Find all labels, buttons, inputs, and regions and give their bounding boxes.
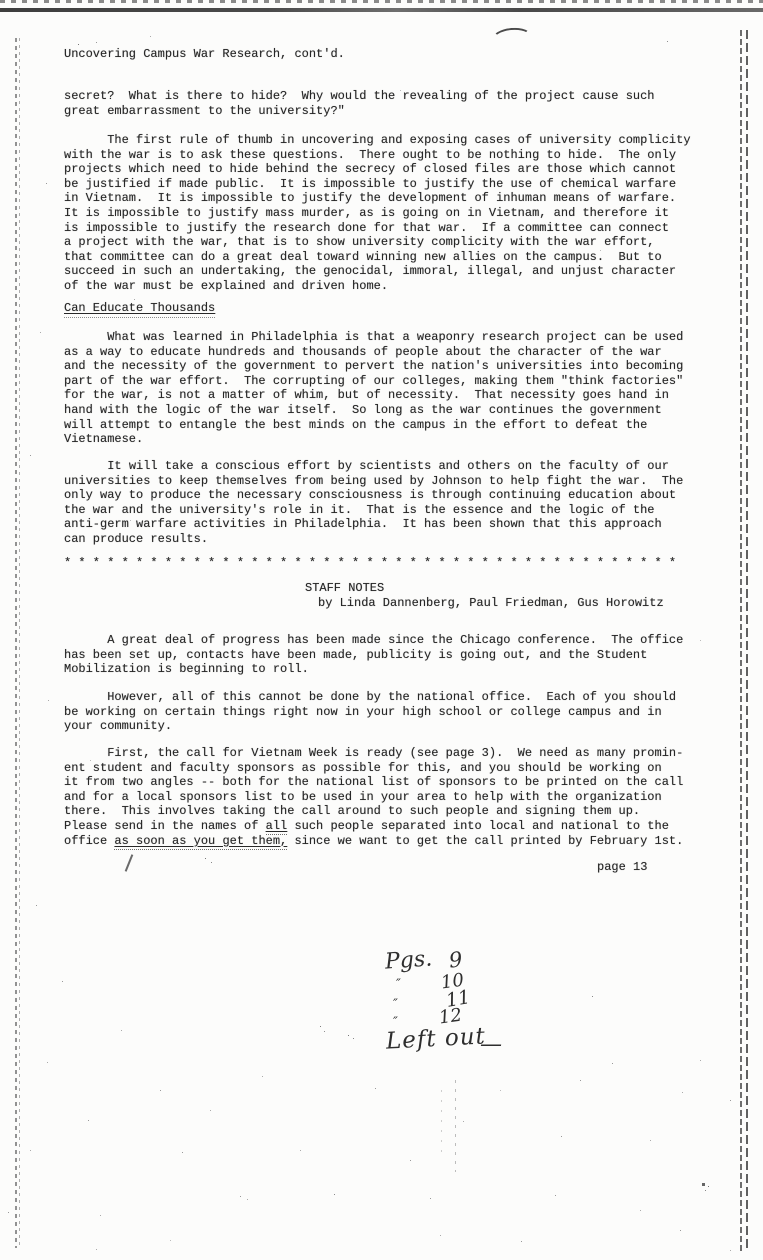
staff-notes-title: STAFF NOTES — [305, 581, 505, 596]
paragraph-quote-continuation: secret? What is there to hide? Why would… — [64, 89, 719, 118]
paragraph-first-rule: The first rule of thumb in uncovering an… — [64, 133, 719, 294]
handwritten-pgs-label: Pgs. — [384, 946, 433, 974]
page-header: Uncovering Campus War Research, cont'd. — [64, 47, 719, 62]
scan-artifact-right-edge-dashes-2 — [746, 30, 748, 1252]
scan-artifact-top-solid-line — [0, 8, 763, 12]
handwritten-left-out-note: Left out — [385, 1023, 486, 1054]
scanned-document-page: Uncovering Campus War Research, cont'd. … — [0, 0, 763, 1260]
call-underlined-as-soon: as soon as you get them, — [114, 834, 287, 850]
scan-artifact-mid-dashes — [455, 1080, 456, 1172]
call-underlined-all: all — [266, 819, 288, 835]
scan-artifact-left-edge-dashes — [15, 38, 17, 1248]
scan-artifact-top-dotted-line — [0, 0, 763, 3]
asterisk-divider: * * * * * * * * * * * * * * * * * * * * … — [64, 556, 719, 571]
paragraph-philadelphia: What was learned in Philadelphia is that… — [64, 330, 719, 447]
paragraph-however: However, all of this cannot be done by t… — [64, 690, 719, 734]
section-heading: Can Educate Thousands — [64, 301, 719, 318]
paragraph-conscious-effort: It will take a conscious effort by scien… — [64, 459, 719, 547]
scan-artifact-right-edge-dashes — [740, 30, 742, 1252]
staff-notes-byline: by Linda Dannenberg, Paul Friedman, Gus … — [318, 596, 718, 611]
handwritten-ditto-1: ″ — [396, 977, 401, 992]
scan-noise-specks — [0, 0, 1, 1]
paragraph-progress: A great deal of progress has been made s… — [64, 633, 719, 677]
scan-artifact-mid-dashes-2 — [441, 1090, 442, 1160]
call-text-part3: since we want to get the call printed by… — [287, 834, 683, 848]
scan-artifact-left-edge-dashes-2 — [19, 38, 20, 1248]
scan-artifact-stray-slash — [125, 854, 134, 871]
page-number: page 13 — [597, 860, 717, 875]
handwritten-ditto-2: ″ — [393, 997, 398, 1012]
section-heading-text: Can Educate Thousands — [64, 301, 215, 318]
handwritten-dash: — — [480, 1032, 502, 1057]
paragraph-vietnam-week-call: First, the call for Vietnam Week is read… — [64, 746, 719, 848]
